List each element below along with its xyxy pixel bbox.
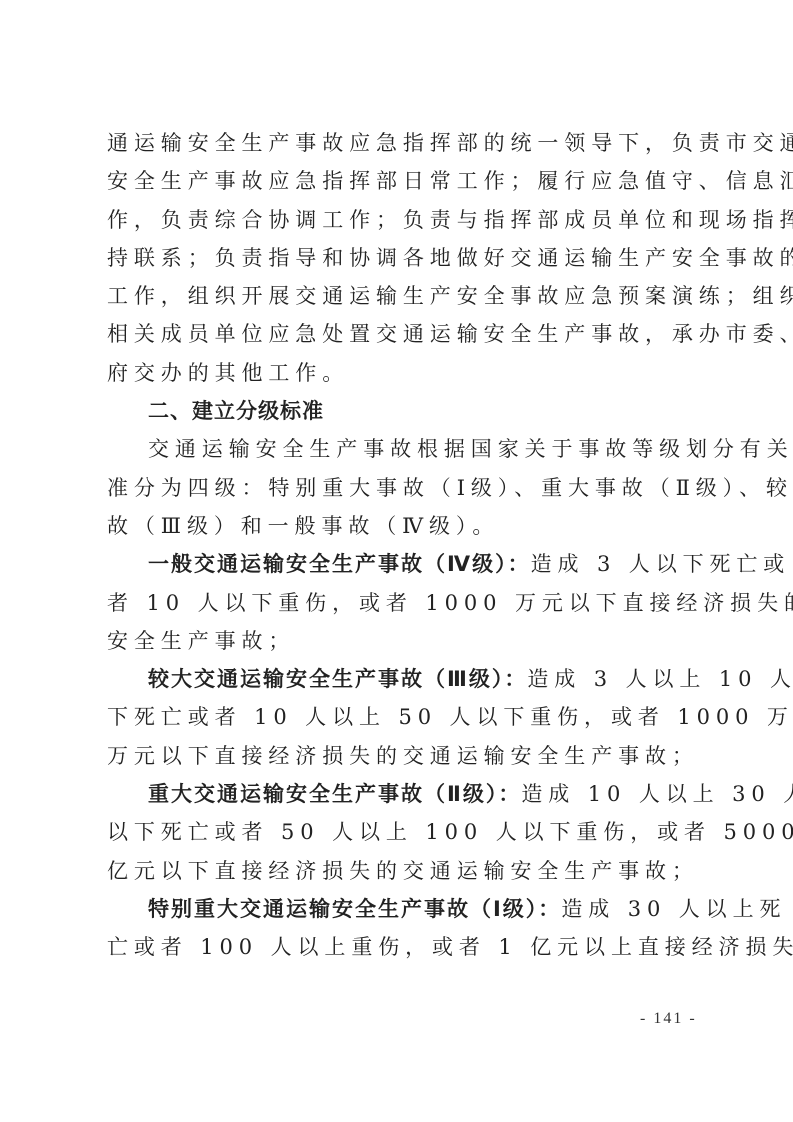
definition-term: 一般交通运输安全生产事故（Ⅳ级）： (148, 552, 531, 576)
text-line: 者 10 人以下重伤，或者 1000 万元以下直接经济损失的交通运输 (107, 584, 697, 622)
text-line: 亿元以下直接经济损失的交通运输安全生产事故； (107, 852, 697, 890)
text-line: 工作，组织开展交通运输生产安全事故应急预案演练；组织协调 (107, 277, 697, 315)
text-line: 持联系；负责指导和协调各地做好交通运输生产安全事故的应急 (107, 239, 697, 277)
text-line: 重大交通运输安全生产事故（Ⅱ级）：造成 10 人以上 30 人 (107, 775, 697, 813)
page-number: - 141 - (640, 1010, 697, 1028)
text-line: 故（Ⅲ级）和一般事故（Ⅳ级）。 (107, 507, 697, 545)
text-line: 特别重大交通运输安全生产事故（Ⅰ级）：造成 30 人以上死 (107, 890, 697, 928)
text-line: 下死亡或者 10 人以上 50 人以下重伤，或者 1000 万元以上 5000 (107, 698, 697, 736)
text-line: 府交办的其他工作。 (107, 354, 697, 392)
text-line: 一般交通运输安全生产事故（Ⅳ级）：造成 3 人以下死亡或 (107, 545, 697, 583)
definition-term: 重大交通运输安全生产事故（Ⅱ级）： (148, 782, 521, 806)
section-heading: 二、建立分级标准 (107, 392, 697, 430)
text-line: 以下死亡或者 50 人以上 100 人以下重伤，或者 5000 万元以上 1 (107, 813, 697, 851)
definition-level-i: 特别重大交通运输安全生产事故（Ⅰ级）：造成 30 人以上死 亡或者 100 人以… (107, 890, 697, 967)
text-line: 安全生产事故应急指挥部日常工作；履行应急值守、信息汇总工 (107, 162, 697, 200)
text-line: 作，负责综合协调工作；负责与指挥部成员单位和现场指挥部保 (107, 201, 697, 239)
text-line: 较大交通运输安全生产事故（Ⅲ级）：造成 3 人以上 10 人以 (107, 660, 697, 698)
definition-term: 特别重大交通运输安全生产事故（Ⅰ级）： (148, 897, 561, 921)
definition-text: 造成 3 人以下死亡或 (531, 552, 791, 576)
text-line: 准分为四级：特别重大事故（Ⅰ级）、重大事故（Ⅱ级）、较大事 (107, 469, 697, 507)
text-line: 安全生产事故； (107, 622, 697, 660)
document-page: 通运输安全生产事故应急指挥部的统一领导下，负责市交通运输 安全生产事故应急指挥部… (107, 124, 697, 967)
definition-text: 造成 3 人以上 10 人以 (527, 667, 793, 691)
definition-level-iv: 一般交通运输安全生产事故（Ⅳ级）：造成 3 人以下死亡或 者 10 人以下重伤，… (107, 545, 697, 660)
text-line: 交通运输安全生产事故根据国家关于事故等级划分有关标 (107, 430, 697, 468)
paragraph-classification-intro: 交通运输安全生产事故根据国家关于事故等级划分有关标 准分为四级：特别重大事故（Ⅰ… (107, 430, 697, 545)
definition-text: 造成 10 人以上 30 人 (521, 782, 793, 806)
text-line: 万元以下直接经济损失的交通运输安全生产事故； (107, 737, 697, 775)
definition-term: 较大交通运输安全生产事故（Ⅲ级）： (148, 667, 527, 691)
text-line: 通运输安全生产事故应急指挥部的统一领导下，负责市交通运输 (107, 124, 697, 162)
text-line: 相关成员单位应急处置交通运输安全生产事故，承办市委、市政 (107, 315, 697, 353)
definition-text: 造成 30 人以上死 (561, 897, 786, 921)
text-line: 亡或者 100 人以上重伤，或者 1 亿元以上直接经济损失的交通运 (107, 928, 697, 966)
definition-level-ii: 重大交通运输安全生产事故（Ⅱ级）：造成 10 人以上 30 人 以下死亡或者 5… (107, 775, 697, 890)
paragraph-duties: 通运输安全生产事故应急指挥部的统一领导下，负责市交通运输 安全生产事故应急指挥部… (107, 124, 697, 392)
definition-level-iii: 较大交通运输安全生产事故（Ⅲ级）：造成 3 人以上 10 人以 下死亡或者 10… (107, 660, 697, 775)
